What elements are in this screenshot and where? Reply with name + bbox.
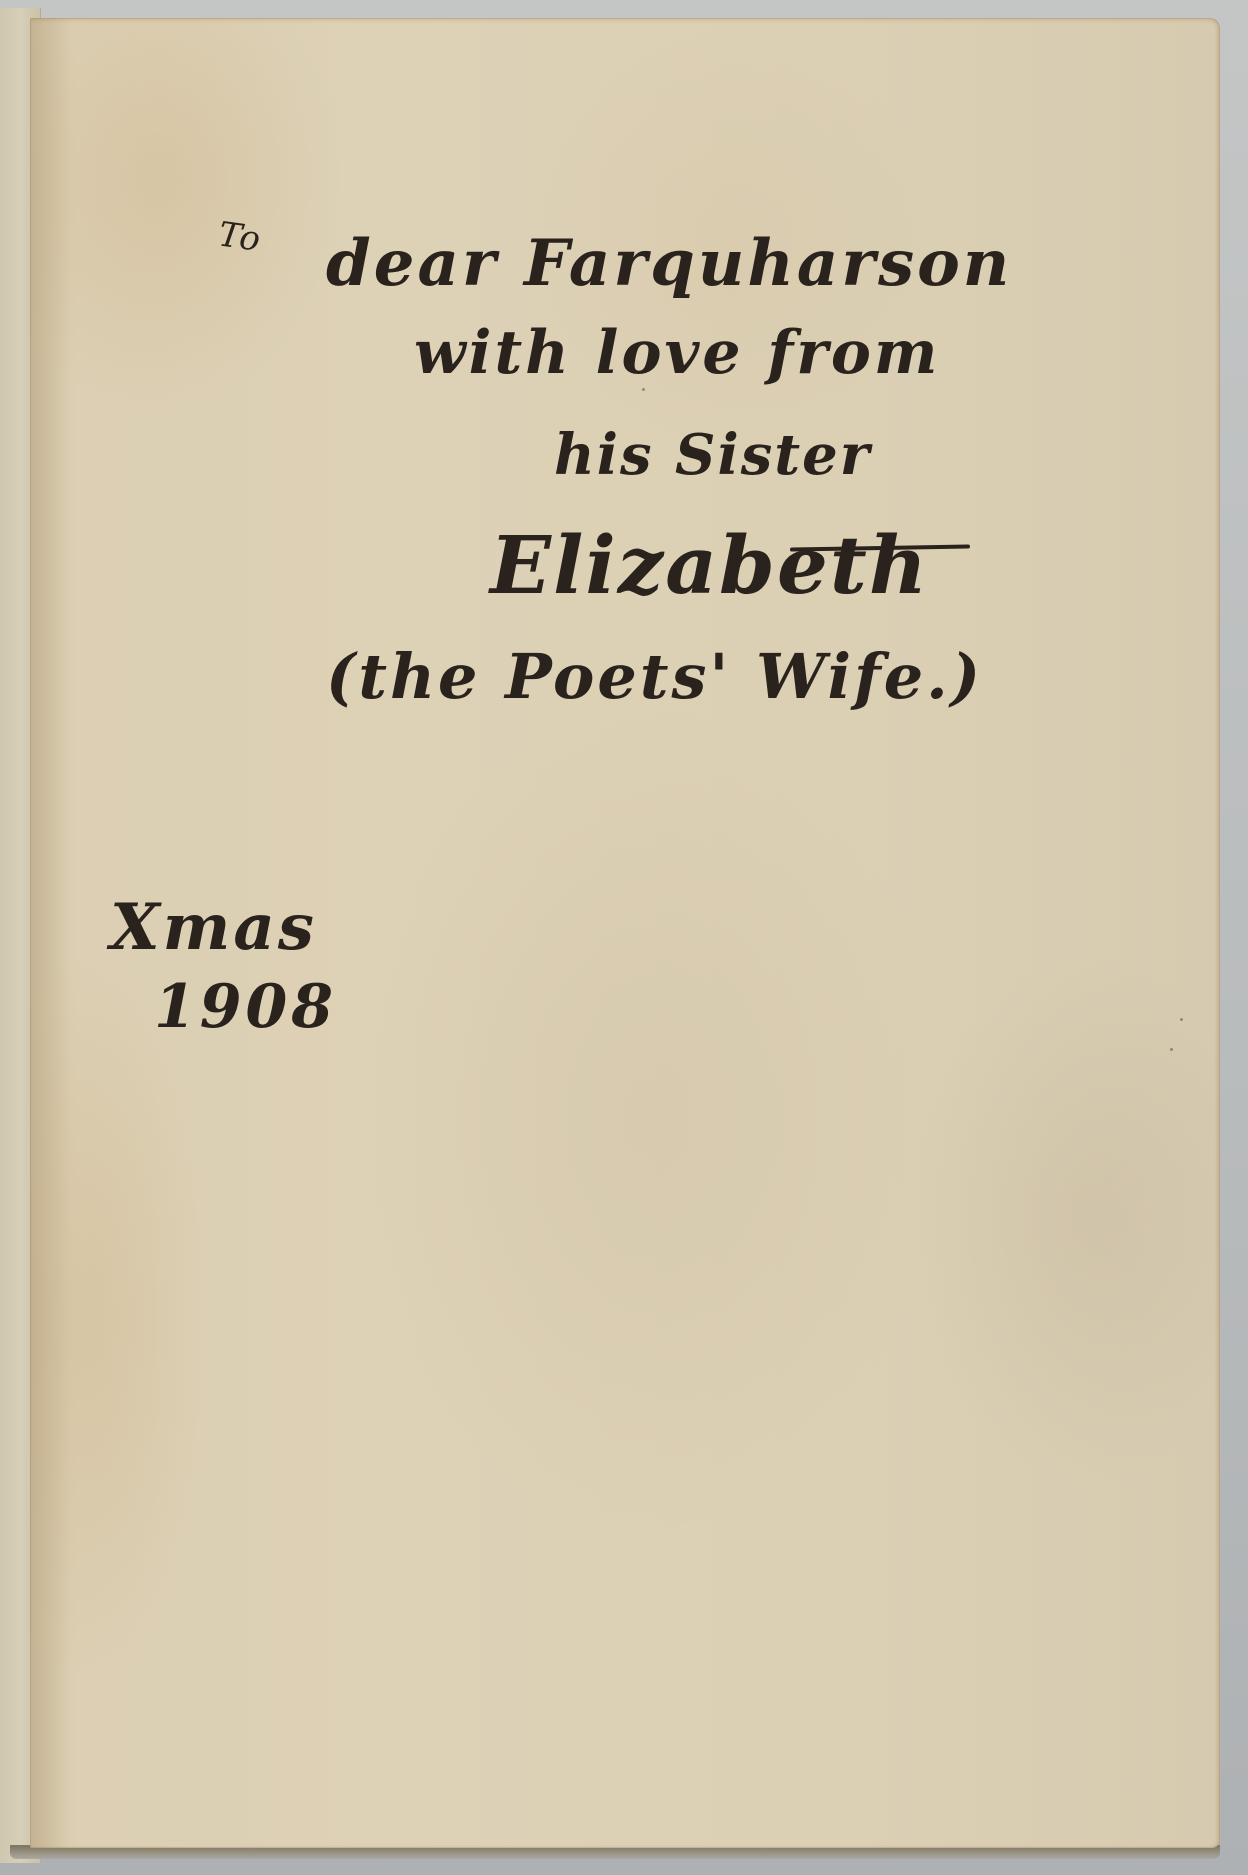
paper-speck [1170,1048,1173,1051]
inscription-attribution: (the Poets' Wife.) [326,640,983,713]
ink-dot [642,388,645,391]
paper-speck [1180,1018,1183,1021]
inscription-salutation: To [216,214,264,260]
inscription-signature: Elizabeth [490,518,929,612]
inscription-recipient: dear Farquharson [326,226,1012,301]
page-gutter-shading [30,18,70,1848]
date-note-year: 1908 [154,972,337,1042]
inscription-relation: his Sister [554,422,871,488]
date-note-occasion: Xmas [110,890,317,965]
inscription-with-love: with love from [414,318,940,388]
endpaper-page: To dear Farquharson with love from his S… [30,18,1220,1848]
